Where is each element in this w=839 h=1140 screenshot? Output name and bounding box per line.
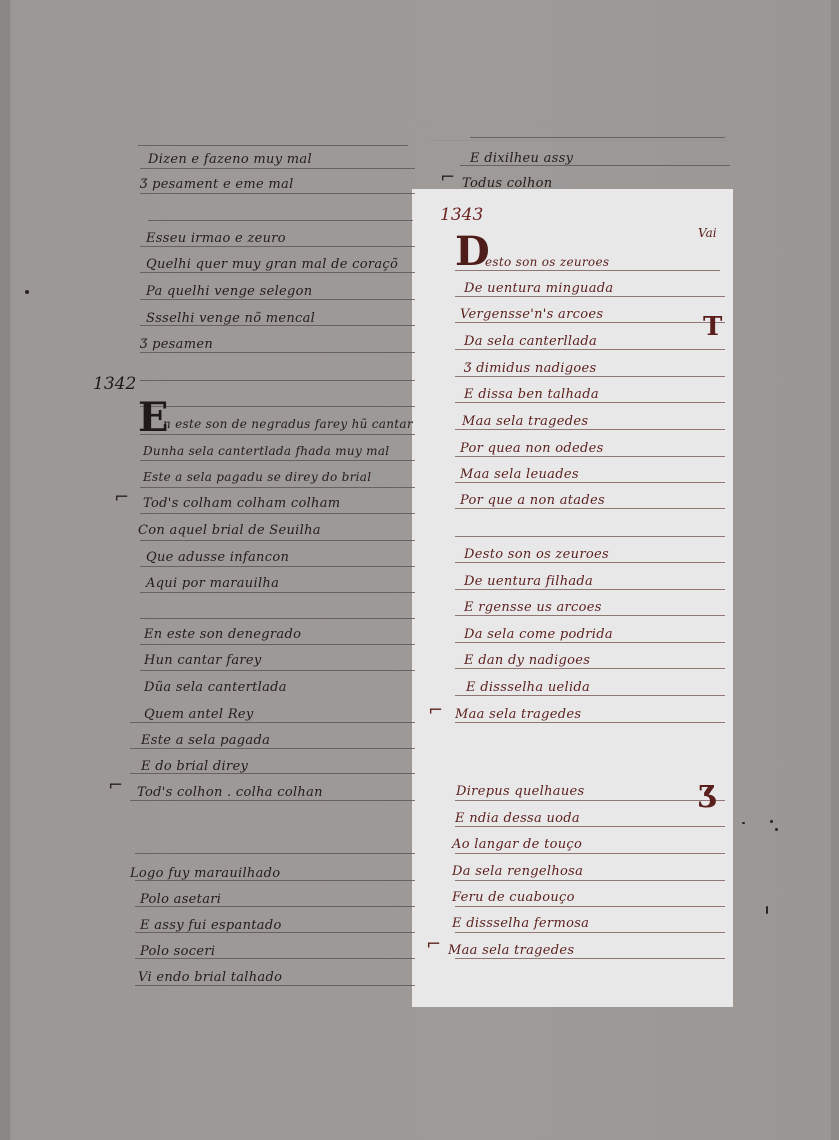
ruling-line [140,193,415,194]
verse-line: Dũa sela cantertlada [144,680,287,695]
ruling-line [455,642,725,643]
ruling-line [455,429,725,430]
verse-line: Quem antel Rey [144,707,254,722]
ruling-line [140,670,415,671]
verse-line: Desto son os zeuroes [464,547,609,562]
verse-line: Logo fuy marauilhado [130,866,280,881]
verse-line: En este son denegrado [144,627,301,642]
verse-line: Maa sela tragedes [462,414,588,429]
verse-line: Da sela rengelhosa [452,864,583,879]
verse-line: Por quea non odedes [460,441,604,456]
verse-line: Da sela canterllada [464,334,597,349]
ruling-line [455,695,725,696]
ruling-line [455,376,725,377]
manuscript-page: Dizen e fazeno muy mal Ʒ pesament e eme … [0,0,839,1140]
ruling-line [140,566,415,567]
ruling-line [455,958,725,959]
verse-line: Aqui por marauilha [146,576,279,591]
margin-note: Vai [698,226,717,240]
ruling-line [455,456,725,457]
ruling-line [140,168,415,169]
ruling-line [140,644,415,645]
verse-line: Por que a non atades [460,493,605,508]
verse-line: Da sela come podrida [464,627,613,642]
verse-line: Ssselhi venge nõ mencal [146,311,315,326]
verse-line: Este a sela pagadu se direy do brial [143,470,371,484]
ruling-line [135,985,415,986]
page-edge-left [0,0,10,1140]
verse-line: E dixilheu assy [470,151,573,166]
verse-line: Tod's colhon . colha colhan [137,785,323,800]
ruling-line [455,826,725,827]
ink-speck [25,290,29,294]
ruling-line [148,220,413,221]
verse-line: E assy fui espantado [140,918,282,933]
ruling-line [140,618,415,619]
verse-line: Con aquel brial de Seuilha [138,523,321,538]
ruling-line [140,380,415,381]
ruling-line [140,540,415,541]
ruling-line [130,748,415,749]
ruling-line [455,668,725,669]
verse-line: De uentura minguada [464,281,613,296]
ruling-line [455,349,725,350]
verse-line: Pa quelhi venge selegon [146,284,312,299]
ruling-line [138,145,408,146]
ruling-line [455,562,725,563]
ruling-line [455,906,725,907]
verse-line: Ʒ pesament e eme mal [140,177,294,192]
verse-line: E dissselha fermosa [452,916,589,931]
ruling-line [455,800,725,801]
ink-speck [742,822,745,824]
margin-mark: ⌐ [428,700,443,721]
ruling-line [140,434,415,435]
verse-line: Feru de cuabouço [452,890,575,905]
ruling-line [140,246,415,247]
ruling-line [455,508,725,509]
ruling-line [455,322,725,323]
verse-line: Que adusse infancon [146,550,289,565]
ruling-line [140,352,415,353]
verse-line: E ndia dessa uoda [455,811,580,826]
margin-mark: ⌐ [114,487,129,508]
verse-line: E dan dy nadigoes [464,653,590,668]
ruling-line [455,296,725,297]
verse-line: Vergensse'n's arcoes [460,307,603,322]
margin-mark: ⌐ [108,775,123,796]
verse-line: E do brial direy [141,759,248,774]
ink-speck [770,820,773,823]
ruling-line [455,932,725,933]
verse-line: Este a sela pagada [141,733,270,748]
verse-line: Dunha sela cantertlada fhada muy mal [143,444,389,458]
verse-line: Todus colhon [462,176,552,191]
ink-speck [775,828,778,831]
verse-line: Ʒ dimidus nadigoes [464,361,596,376]
ruling-line [455,880,725,881]
ruling-line [455,270,720,271]
verse-line: Ao langar de touço [452,837,582,852]
ruling-line [455,722,725,723]
verse-line: esto son os zeuroes [485,255,609,269]
ruling-line [455,615,725,616]
margin-mark: ⌐ [426,934,441,955]
ruling-line [130,722,415,723]
verse-line: Polo asetari [140,892,221,907]
verse-line: Polo soceri [140,944,215,959]
verse-line: Dizen e fazeno muy mal [148,152,312,167]
ruling-line [140,460,415,461]
margin-mark: Ʒ [698,780,718,815]
verse-line: Vi endo brial talhado [138,970,282,985]
ruling-line [470,137,725,138]
ruling-line [140,592,415,593]
poem-number: 1342 [93,374,136,394]
ruling-line [455,589,725,590]
ruling-line [140,487,415,488]
verse-line: Ʒ pesamen [140,337,213,352]
ruling-line [130,800,415,801]
verse-line: E dissa ben talhada [464,387,599,402]
ruling-line [140,406,415,407]
verse-line: Quelhi quer muy gran mal de coraçõ [146,257,398,272]
ruling-line [455,853,725,854]
page-edge-right [831,0,839,1140]
ruling-line [455,482,725,483]
ruling-line [455,536,725,537]
ruling-line [140,299,415,300]
ruling-line [140,513,415,514]
ruling-line [140,272,415,273]
poem-number: 1343 [440,205,483,225]
verse-line: n este son de negradus farey hũ cantar [163,417,413,431]
margin-mark: ⌐ [440,167,455,188]
verse-line: Hun cantar farey [144,653,262,668]
ruling-line [455,402,725,403]
verse-line: E dissselha uelida [466,680,590,695]
verse-line: Direpus quelhaues [456,784,585,799]
verse-line: E rgensse us arcoes [464,600,602,615]
margin-mark: T [703,312,722,342]
verse-line: De uentura filhada [464,574,593,589]
verse-line: Tod's colham colham colham [143,496,340,511]
verse-line: Maa sela leuades [460,467,579,482]
verse-line: Maa sela tragedes [448,943,574,958]
verse-line: Esseu irmao e zeuro [146,231,286,246]
verse-line: Maa sela tragedes [455,707,581,722]
ink-speck [766,906,768,914]
ruling-line [135,853,415,854]
